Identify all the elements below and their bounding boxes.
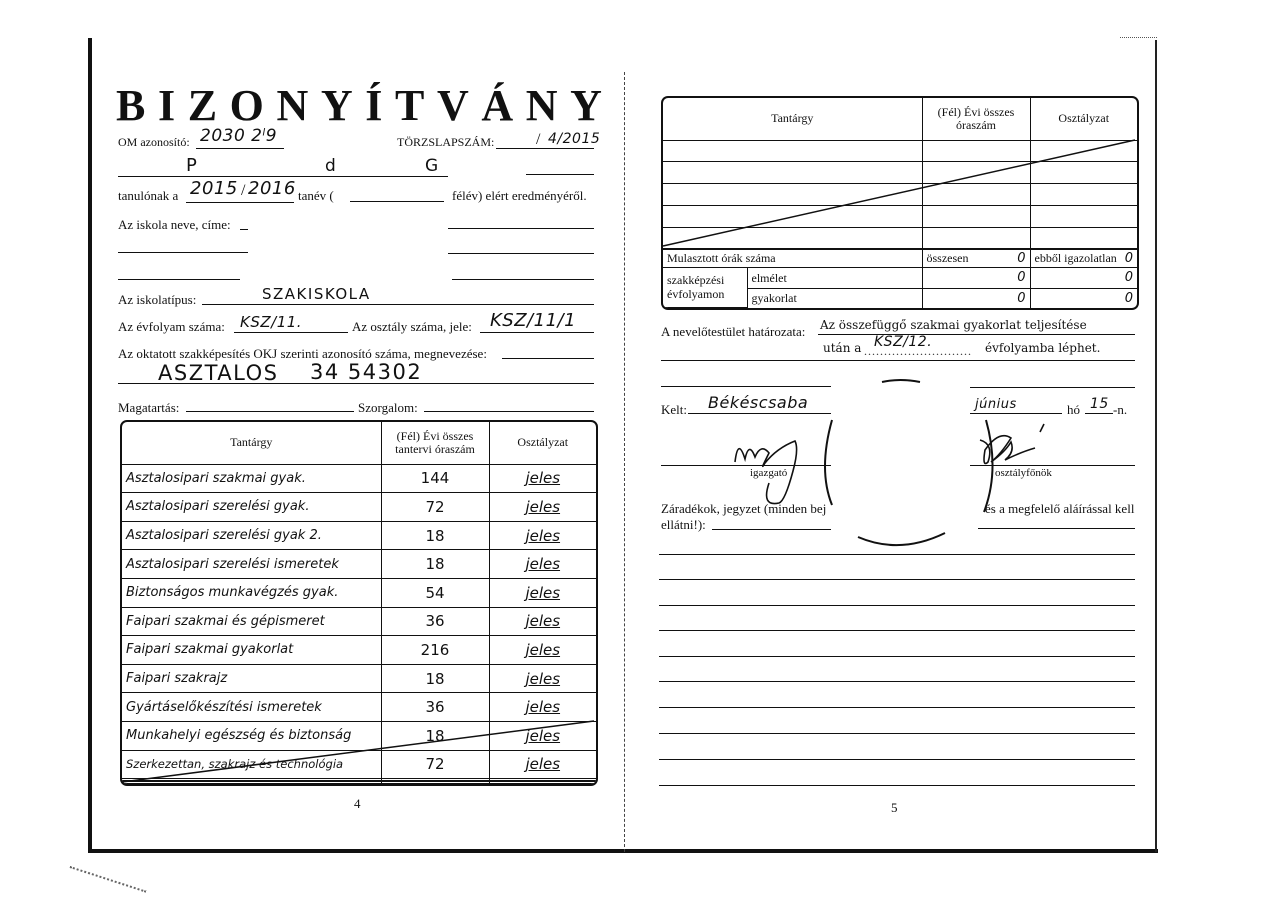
- table-row: Faipari szakmai és gépismeret36jeles: [122, 607, 596, 636]
- semester-underline: [350, 201, 444, 202]
- remarks-underline-a: [712, 529, 831, 530]
- table-row: Asztalosipari szakmai gyak.144jeles: [122, 464, 596, 493]
- school-name-label: Az iskola neve, címe:: [118, 218, 231, 231]
- principal-label: igazgató: [750, 468, 787, 479]
- remarks-line[interactable]: [659, 554, 1135, 555]
- n-label: -n.: [1113, 403, 1127, 416]
- subject-cell[interactable]: Szerkezettan, szakrajz és technológia: [122, 750, 381, 779]
- school-type-value[interactable]: SZAKISKOLA: [262, 285, 371, 303]
- page-frame-top: [1120, 37, 1157, 39]
- decision-line-2-suffix: évfolyamba léphet.: [985, 342, 1100, 354]
- behaviour-underline: [186, 411, 354, 412]
- practice-unexcused-cell: 0: [1030, 288, 1137, 307]
- title-letter: Y: [321, 84, 353, 128]
- kelt-upper-line-right: [970, 387, 1135, 388]
- class-label: Az osztály száma, jele:: [352, 320, 472, 333]
- title-letter: Á: [481, 84, 513, 128]
- kelt-place-value[interactable]: Békéscsaba: [708, 393, 808, 412]
- group-label-1: szakképzési: [667, 273, 724, 287]
- grade-cell[interactable]: jeles: [489, 636, 596, 665]
- table-row: Munkahelyi egészség és biztonság18jeles: [122, 721, 596, 750]
- student-name-underline: [118, 176, 448, 177]
- absence-table: Mulasztott órák száma összesen0 ebből ig…: [661, 248, 1139, 310]
- absence-unexcused-cell: ebből igazolatlan0: [1030, 249, 1137, 268]
- grade-cell[interactable]: [489, 783, 596, 784]
- om-underline: [196, 148, 284, 149]
- kelt-month-underline: [970, 413, 1062, 414]
- remarks-label-line-2: ellátni!):: [661, 518, 706, 531]
- header-subject: Tantárgy: [122, 422, 381, 464]
- class-underline: [480, 332, 594, 333]
- header-grade: Osztályzat: [489, 422, 596, 464]
- theory-unexcused-value[interactable]: 0: [1125, 271, 1133, 284]
- practice-total-cell: 0: [922, 288, 1030, 307]
- title-letter: B: [116, 84, 145, 128]
- school-address-underline-b: [448, 253, 594, 254]
- title-letter: T: [395, 84, 424, 128]
- torzslap-underline: [496, 148, 594, 149]
- table-row: Asztalosipari szerelési gyak.72jeles: [122, 493, 596, 522]
- hours-cell[interactable]: 72: [381, 750, 489, 779]
- school-type-label: Az iskolatípus:: [118, 293, 196, 306]
- remarks-line[interactable]: [659, 579, 1135, 580]
- okj-label: Az oktatott szakképesítés OKJ szerinti a…: [118, 347, 487, 360]
- table-row-empty: [663, 162, 1137, 184]
- remarks-label-left: Záradékok, jegyzet (minden bej: [661, 502, 826, 515]
- tanev-label: tanév (: [298, 189, 334, 202]
- school-name-underline-b: [448, 228, 594, 229]
- table-row: Faipari szakrajz18jeles: [122, 664, 596, 693]
- subject-cell[interactable]: Gyártáselőkészítési ismeretek: [122, 693, 381, 722]
- kelt-place-underline: [688, 413, 831, 414]
- table-row: Asztalosipari szerelési ismeretek18jeles: [122, 550, 596, 579]
- subject-cell[interactable]: Faipari szakrajz: [122, 664, 381, 693]
- hours-cell[interactable]: 36: [381, 607, 489, 636]
- absence-unexcused-value[interactable]: 0: [1125, 252, 1133, 265]
- teacher-signature: [980, 424, 1044, 464]
- remarks-line[interactable]: [659, 733, 1135, 734]
- kelt-upper-line-left: [661, 386, 831, 387]
- table-row: Asztalosipari szerelési gyak 2.18jeles: [122, 521, 596, 550]
- student-name-first[interactable]: P: [186, 155, 198, 176]
- certificate-title: B I Z O N Y Í T V Á N Y: [116, 84, 602, 128]
- absence-unexcused-label: ebből igazolatlan: [1035, 251, 1117, 265]
- decision-line-2-prefix: után a: [823, 342, 861, 354]
- grade-cell[interactable]: jeles: [489, 464, 596, 493]
- table-row-empty: [663, 184, 1137, 206]
- school-year-from[interactable]: 2015: [190, 178, 238, 199]
- subject-cell[interactable]: Faipari szakmai és gépismeret: [122, 607, 381, 636]
- school-year-underline: [186, 202, 294, 203]
- diligence-label: Szorgalom:: [358, 401, 418, 414]
- header-subject: Tantárgy: [663, 98, 922, 140]
- hours-cell[interactable]: 18: [381, 721, 489, 750]
- principal-signature-line: [661, 465, 831, 466]
- school-address-underline-a: [118, 252, 248, 253]
- table-row: Gyártáselőkészítési ismeretek36jeles: [122, 693, 596, 722]
- om-label: OM azonosító:: [118, 136, 190, 148]
- absence-label: Mulasztott órák száma: [663, 249, 922, 268]
- subject-cell[interactable]: Munkahelyi egészség és biztonság: [122, 721, 381, 750]
- grade-cell[interactable]: jeles: [489, 693, 596, 722]
- remarks-underline-b: [978, 528, 1135, 529]
- stamp-arc-left: [825, 420, 832, 505]
- page-frame-left: [88, 38, 92, 853]
- school-name-underline-a: [240, 229, 248, 230]
- center-fold: [624, 72, 625, 852]
- grade-cell[interactable]: jeles: [489, 750, 596, 779]
- theory-total-value[interactable]: 0: [1017, 271, 1025, 284]
- title-letter: N: [277, 84, 309, 128]
- header-hours: (Fél) Évi összes tantervi óraszám: [381, 422, 489, 464]
- subject-cell[interactable]: Asztalosipari szakmai gyak.: [122, 464, 381, 493]
- grade-cell[interactable]: jeles: [489, 607, 596, 636]
- behaviour-label: Magatartás:: [118, 401, 179, 414]
- group-label-2: évfolyamon: [667, 287, 724, 301]
- hours-cell[interactable]: [381, 783, 489, 784]
- decision-underline-1: [818, 334, 1135, 335]
- year-slash: /: [241, 182, 245, 200]
- page-number-right: 5: [891, 800, 898, 816]
- student-name-last[interactable]: G: [425, 156, 440, 176]
- subject-cell[interactable]: [663, 162, 922, 184]
- teacher-label: osztályfőnök: [995, 468, 1052, 479]
- hours-cell[interactable]: [922, 184, 1030, 206]
- practice-label: gyakorlat: [747, 288, 922, 307]
- table-row: Biztonságos munkavégzés gyak.54jeles: [122, 578, 596, 607]
- remarks-line[interactable]: [659, 707, 1135, 708]
- title-letter: N: [526, 84, 558, 128]
- felev-label: félév) elért eredményéről.: [452, 189, 587, 202]
- hours-cell[interactable]: [922, 140, 1030, 162]
- torzslap-slash: /: [536, 131, 540, 149]
- scan-artifact: [70, 866, 147, 893]
- subject-cell[interactable]: Faipari szakmai gyakorlat: [122, 636, 381, 665]
- remarks-label-right: és a megfelelő aláírással kell: [985, 502, 1134, 515]
- table-row-empty: [122, 783, 596, 784]
- subject-cell[interactable]: Asztalosipari szerelési gyak 2.: [122, 521, 381, 550]
- subject-cell[interactable]: [663, 228, 922, 250]
- stamp-arc-top: [882, 380, 920, 382]
- grade-cell[interactable]: jeles: [489, 521, 596, 550]
- okj-number[interactable]: 34 54302: [310, 360, 422, 384]
- header-hours: (Fél) Évi összes óraszám: [922, 98, 1030, 140]
- grade-cell[interactable]: jeles: [489, 578, 596, 607]
- grade-cell[interactable]: [1030, 162, 1137, 184]
- remarks-line[interactable]: [659, 656, 1135, 657]
- table-row: Szerkezettan, szakrajz és technológia72j…: [122, 750, 596, 779]
- vocational-grade-label: szakképzésiévfolyamon: [663, 268, 747, 308]
- title-letter: V: [437, 84, 469, 128]
- grade-cell[interactable]: jeles: [489, 493, 596, 522]
- remarks-line[interactable]: [659, 681, 1135, 682]
- subject-cell[interactable]: Asztalosipari szerelési ismeretek: [122, 550, 381, 579]
- kelt-month-value[interactable]: június: [975, 397, 1017, 412]
- student-name-underline-2: [526, 174, 594, 175]
- theory-unexcused-cell: 0: [1030, 268, 1137, 288]
- theory-total-cell: 0: [922, 268, 1030, 288]
- teacher-signature-line: [970, 465, 1135, 466]
- hours-cell[interactable]: 54: [381, 578, 489, 607]
- grades-table: Tantárgy (Fél) Évi összes tantervi órasz…: [120, 420, 598, 786]
- practice-total-value[interactable]: 0: [1017, 292, 1025, 305]
- table-row-empty: [663, 140, 1137, 162]
- hours-cell[interactable]: 36: [381, 693, 489, 722]
- okj-name[interactable]: ASZTALOS: [158, 361, 278, 385]
- grade-cell[interactable]: [1030, 184, 1137, 206]
- decision-label: A nevelőtestület határozata:: [661, 325, 805, 338]
- subject-cell[interactable]: [663, 184, 922, 206]
- hours-cell[interactable]: 18: [381, 521, 489, 550]
- table-row-empty: [663, 206, 1137, 228]
- hours-cell[interactable]: [922, 228, 1030, 250]
- page-frame-bottom: [88, 849, 1158, 853]
- hours-cell[interactable]: 144: [381, 464, 489, 493]
- kelt-day-value[interactable]: 15: [1090, 396, 1109, 412]
- title-letter: Z: [188, 84, 217, 128]
- remarks-line[interactable]: [659, 759, 1135, 760]
- torzslap-value[interactable]: 4/2015: [548, 131, 600, 147]
- school-year-to[interactable]: 2016: [248, 178, 296, 199]
- diligence-underline: [424, 411, 594, 412]
- subject-cell[interactable]: Biztonságos munkavégzés gyak.: [122, 578, 381, 607]
- stamp-arc-bottom: [858, 533, 945, 545]
- hours-cell[interactable]: [922, 162, 1030, 184]
- stamp-arc-right: [984, 420, 993, 512]
- grade-cell[interactable]: jeles: [489, 550, 596, 579]
- student-name-middle[interactable]: d: [325, 156, 337, 176]
- okj-underline-a: [502, 358, 594, 359]
- remarks-line[interactable]: [659, 630, 1135, 631]
- table-row: Faipari szakmai gyakorlat216jeles: [122, 636, 596, 665]
- absence-total-label: összesen: [927, 251, 969, 265]
- grade-cell[interactable]: [1030, 206, 1137, 228]
- subject-cell[interactable]: [663, 140, 922, 162]
- absence-total-value[interactable]: 0: [1017, 252, 1025, 265]
- practice-unexcused-value[interactable]: 0: [1125, 292, 1133, 305]
- om-value[interactable]: 2030 2ˡ9: [200, 126, 277, 146]
- subject-cell[interactable]: [663, 206, 922, 228]
- school-address-underline-c: [118, 279, 240, 280]
- class-value[interactable]: KSZ/11/1: [490, 310, 576, 331]
- school-address-underline-d: [452, 279, 594, 280]
- right-grades-table: Tantárgy (Fél) Évi összes óraszám Osztál…: [661, 96, 1139, 250]
- grade-level-underline: [234, 332, 348, 333]
- ho-label: hó: [1067, 403, 1080, 416]
- hours-cell[interactable]: 18: [381, 664, 489, 693]
- grade-cell[interactable]: [1030, 228, 1137, 250]
- absence-total-cell: összesen0: [922, 249, 1030, 268]
- kelt-day-underline: [1085, 413, 1113, 414]
- header-grade: Osztályzat: [1030, 98, 1137, 140]
- page-frame-right: [1155, 40, 1157, 852]
- remarks-line[interactable]: [659, 785, 1135, 786]
- kelt-label: Kelt:: [661, 403, 687, 416]
- school-type-underline: [202, 304, 594, 305]
- title-letter: Y: [570, 84, 602, 128]
- table-row-empty: [663, 228, 1137, 250]
- grade-cell[interactable]: jeles: [489, 721, 596, 750]
- decision-line-1[interactable]: Az összefüggő szakmai gyakorlat teljesít…: [820, 319, 1087, 331]
- grade-cell[interactable]: [1030, 140, 1137, 162]
- title-letter: O: [230, 84, 264, 128]
- hours-cell[interactable]: 72: [381, 493, 489, 522]
- page-number-left: 4: [354, 796, 361, 812]
- hours-cell[interactable]: 216: [381, 636, 489, 665]
- decision-underline-2: [661, 360, 1135, 361]
- decision-grade-value[interactable]: KSZ/12.: [874, 334, 932, 350]
- grade-level-value[interactable]: KSZ/11.: [240, 313, 302, 331]
- tanulonak-label: tanulónak a: [118, 189, 178, 202]
- title-letter: I: [158, 84, 175, 128]
- grade-level-label: Az évfolyam száma:: [118, 320, 225, 333]
- subject-cell[interactable]: Asztalosipari szerelési gyak.: [122, 493, 381, 522]
- hours-cell[interactable]: 18: [381, 550, 489, 579]
- subject-cell[interactable]: [122, 783, 381, 784]
- torzslap-label: TÖRZSLAPSZÁM:: [397, 136, 494, 148]
- grade-cell[interactable]: jeles: [489, 664, 596, 693]
- hours-cell[interactable]: [922, 206, 1030, 228]
- remarks-line[interactable]: [659, 605, 1135, 606]
- title-letter: Í: [365, 84, 382, 128]
- theory-label: elmélet: [747, 268, 922, 288]
